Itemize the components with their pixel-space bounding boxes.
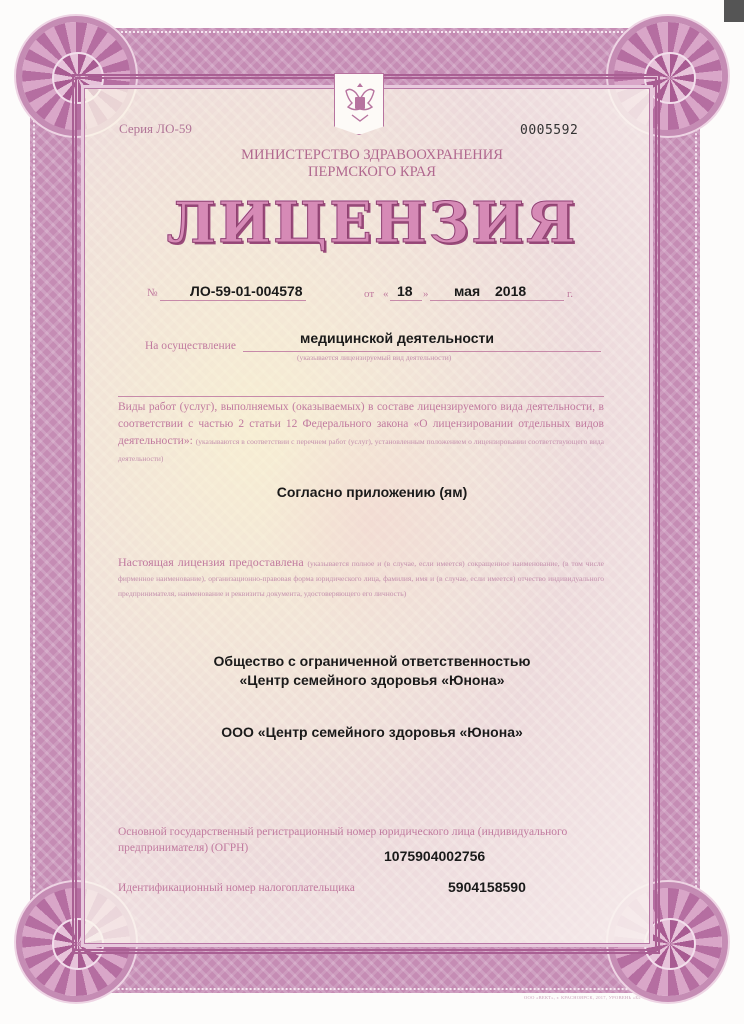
licensee-paragraph: Настоящая лицензия предоставлена (указыв…: [118, 555, 604, 601]
issuer-line-2: ПЕРМСКОГО КРАЯ: [0, 164, 744, 181]
date-from-label: от: [364, 288, 374, 300]
inn-label: Идентификационный номер налогоплательщик…: [118, 882, 355, 894]
day-underline: [390, 300, 422, 301]
ogrn-label: Основной государственный регистрационный…: [118, 824, 608, 856]
date-year: 2018: [495, 283, 526, 299]
licensee-text: Настоящая лицензия предоставлена: [118, 555, 304, 569]
number-label: №: [147, 287, 158, 299]
month-year-underline: [430, 300, 564, 301]
scan-edge-mark: [724, 0, 744, 22]
year-suffix: г.: [567, 288, 573, 300]
quote-open: «: [383, 288, 389, 300]
printer-imprint: ООО «ВЕКТ», г. КРАСНОЯРСК, 2017, УРОВЕНЬ…: [524, 995, 641, 1000]
serial-number: 0005592: [520, 123, 578, 138]
activity-value: медицинской деятельности: [300, 330, 494, 346]
activity-underline: [243, 351, 601, 352]
section-divider: [118, 396, 604, 397]
inn-value: 5904158590: [448, 879, 526, 895]
quote-close: »: [423, 288, 429, 300]
ogrn-value: 1075904002756: [384, 848, 485, 864]
document-title: ЛИЦЕНЗИЯ: [0, 190, 744, 256]
series-label: Серия ЛО-59: [119, 121, 192, 137]
license-number: ЛО-59-01-004578: [190, 283, 303, 299]
date-month: мая: [454, 283, 480, 299]
number-underline: [160, 300, 306, 301]
licensee-short-name: ООО «Центр семейного здоровья «Юнона»: [0, 724, 744, 740]
licensee-full-name-line-1: Общество с ограниченной ответственностью: [0, 653, 744, 669]
issuer-line-1: МИНИСТЕРСТВО ЗДРАВООХРАНЕНИЯ: [0, 147, 744, 164]
date-day: 18: [397, 283, 413, 299]
works-value: Согласно приложению (ям): [0, 484, 744, 500]
activity-label: На осуществление: [145, 340, 236, 352]
russian-coat-of-arms-icon: [334, 73, 384, 135]
activity-hint: (указывается лицензируемый вид деятельно…: [297, 353, 451, 362]
works-paragraph: Виды работ (услуг), выполняемых (оказыва…: [118, 399, 604, 467]
licensee-full-name-line-2: «Центр семейного здоровья «Юнона»: [0, 672, 744, 688]
